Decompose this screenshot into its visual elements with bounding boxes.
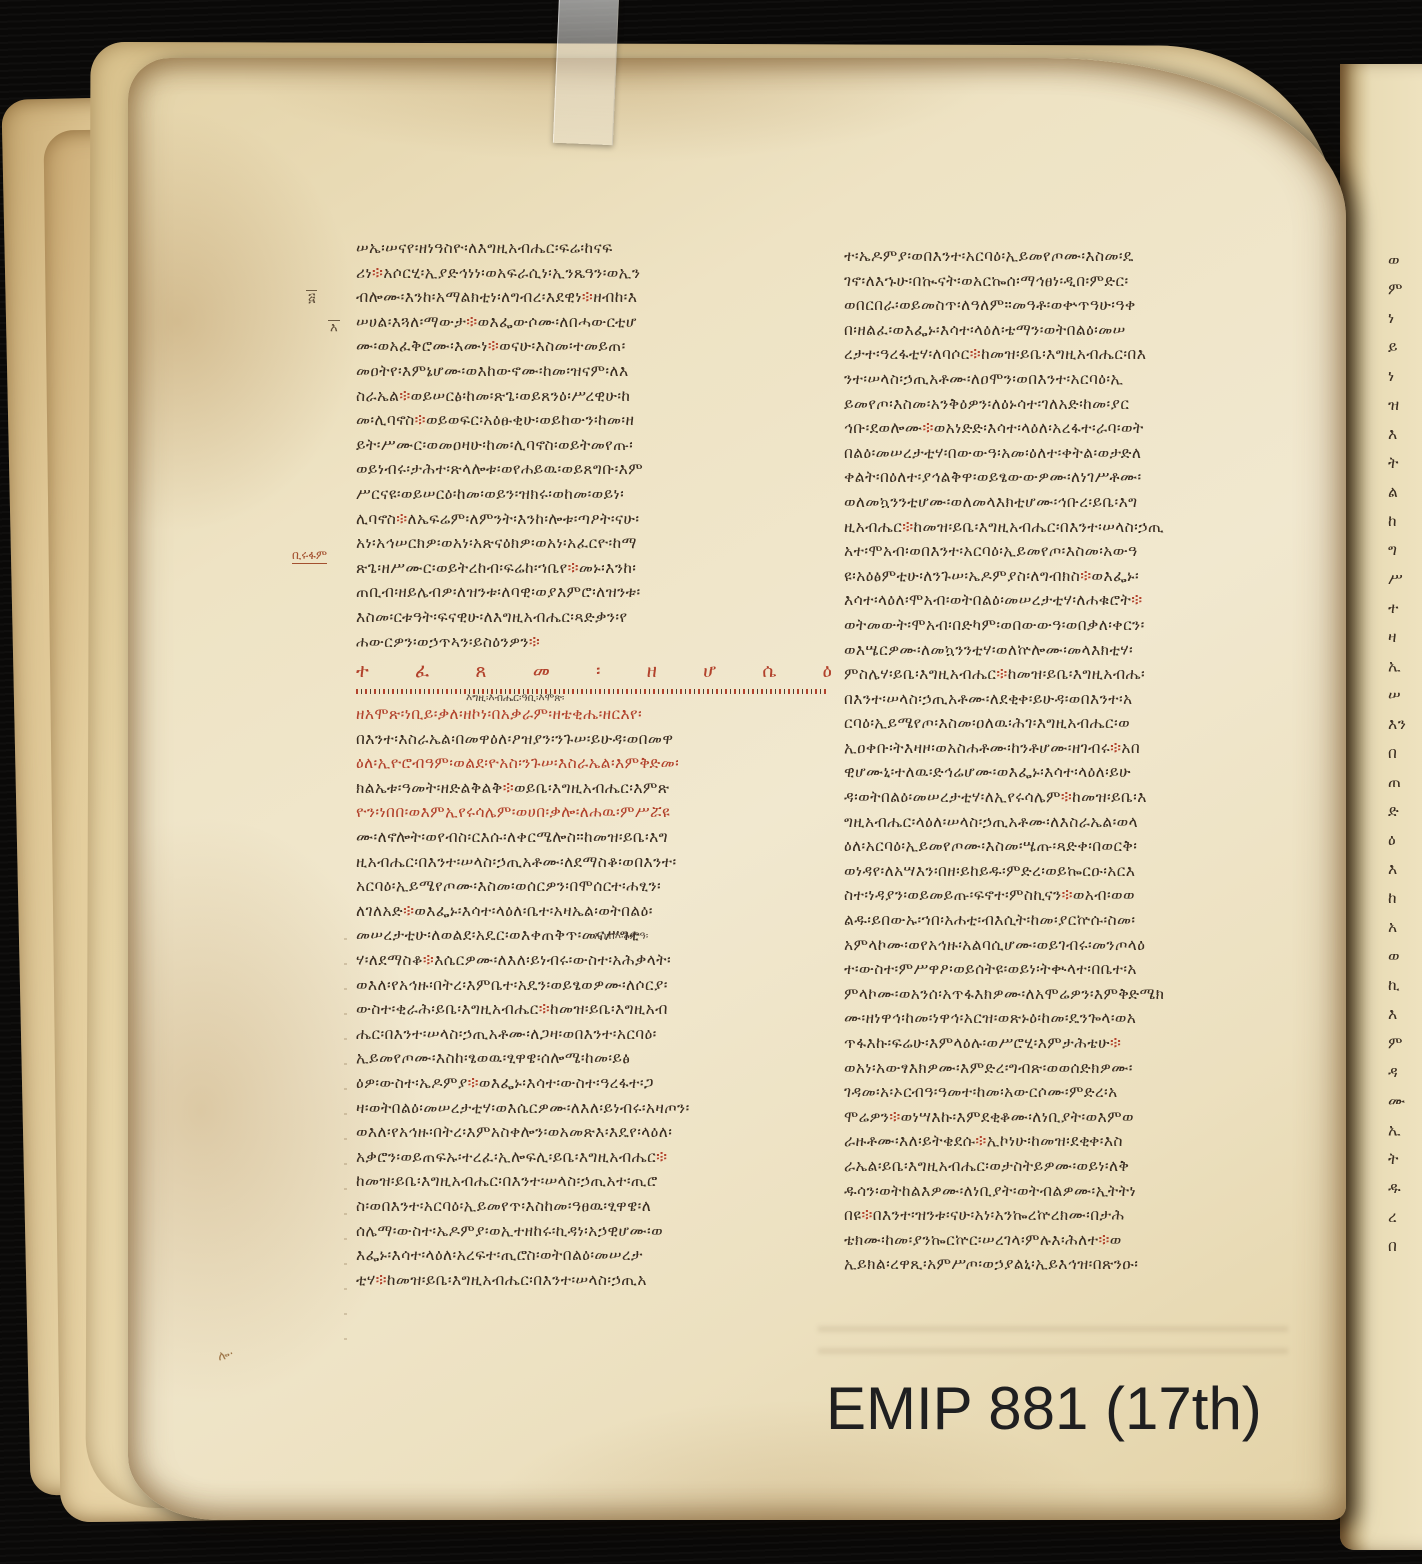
text-line: በእንተ፡እስራኤል፡በመዋዕለ፡ዖዝያን፡ንጉሠ፡ይሁዳ፡ወበመዋ (356, 727, 832, 752)
partial-glyph: ም (1388, 275, 1422, 304)
red-cross-mark: ፨ (488, 337, 499, 355)
text-line: ሪነ፨አሶርሂ፡ኢያድኅነነ፡ወአፍራሲነ፡ኢንጼዓን፡ወኢን (356, 261, 832, 286)
partial-glyph: ሥ (1388, 565, 1422, 594)
text-line: ስተ፡ነዳያን፡ወይመይጡ፡ፍኖተ፡ምስኪናን፨ወአብ፡ወወ (844, 883, 1326, 908)
red-cross-mark: ፨ (372, 264, 383, 282)
text-line: ሠሀል፡እጓለ፡ማውታ፨ወእፌውሶሙ፡ለበሓውርቲሆ (356, 310, 832, 335)
partial-glyph: እ (1388, 1000, 1422, 1029)
text-line: ኢይክል፡ረዋጺ፡አምሥጦ፡ወኃያልኒ፡ኢይእኅዝ፡በጽንዑ፡ (844, 1252, 1326, 1277)
text-line: ይት፡ሥሙር፡ወመዐዛሁ፡ከመ፡ሊባኖስ፡ወይትመየጡ፡ (356, 433, 832, 458)
text-line: አተ፡ሞአብ፡ወበእንተ፡አርባዕ፡ኢይመየጦ፡እስመ፡አውዓ (844, 539, 1326, 564)
partial-glyph: ዝ (1388, 391, 1422, 420)
rubric-heading-char: ዘ (647, 656, 657, 686)
text-line: ሃ፡ለደማስቆ፨እሴርዎሙ፡ለእለ፡ይነብሩ፡ውስተ፡አሕቃላት፡ (356, 948, 832, 973)
red-cross-mark: ፨ (468, 1074, 479, 1092)
text-line: ቀልት፡በዕለተ፡ያኅልቅዋ፡ወይፄውውዎሙ፡ለነገሥቶሙ፡ (844, 465, 1326, 490)
partial-glyph: ል (1388, 478, 1422, 507)
text-line: በዩ፨በእንተ፡ዝንቱ፡ናሁ፡አነ፡አንኰረኵረክሙ፡በታሕ (844, 1203, 1326, 1228)
partial-glyph: ኢ (1388, 1116, 1422, 1145)
dotted-ornament-rule (356, 689, 827, 694)
text-line: ሊባኖስ፨ለኤፍሬም፡ለምንት፡እንከ፡ሎቱ፡ጣዖት፡ናሁ፡ (356, 507, 832, 532)
text-line: ዚአብሔር፡በእንተ፡ሠላስ፡ኃጢአቶሙ፡ለደማስቆ፡ወበእንተ፡ (356, 850, 832, 875)
red-cross-mark: ፨ (539, 1000, 550, 1018)
text-line: ወትመውት፡ሞአብ፡በድካም፡ወበውውዓ፡ወበቃለ፡ቀርን፡ (844, 613, 1326, 638)
partial-glyph: ወ (1388, 246, 1422, 275)
partial-glyph: ዱ (1388, 1174, 1422, 1203)
text-line: ኅቡ፡ደወሎሙ፨ወአነድድ፡እሳተ፡ላዕለ፡አረፋተ፡ራባ፡ወት (844, 416, 1326, 441)
rubric-heading-char: ሴ (762, 656, 776, 686)
text-line: ሙ፡ለኖሎት፡ወየብስ፡ርእሱ፡ለቀርሜሎስ።ከመዝ፡ይቤ፡እግ (356, 825, 832, 850)
text-line: ራዙቶሙ፡እለ፡ይትቄደሱ፨ኢኮነሁ፡ከመዝ፡ደቂቀ፡እስ (844, 1129, 1326, 1154)
text-line: መዐትየ፡እምኔሆሙ፡ወእከውኖሙ፡ከመ፡ዝናም፡ለእ (356, 359, 832, 384)
red-cross-mark: ፨ (529, 633, 540, 651)
text-line: ጽጌ፡ዘሥሙር፡ወይትረከብ፡ፍሬከ፡ኀቤየ፨መኑ፡እንከ፡ (356, 556, 832, 581)
text-line: ርባዕ፡ኢይሜየጦ፡እስመ፡ዐለዉ፡ሕገ፡እግዚአብሔር፡ወ (844, 711, 1326, 736)
rubric-heading: ተፈጸመ፡ዘሆሴዕ (356, 656, 832, 686)
red-cross-mark: ፨ (861, 1206, 872, 1224)
text-line: ሰሌማ፡ውስተ፡ኤዶምያ፡ወኢተዘከሩ፡ኪዳነ፡አኃዊሆሙ፡ወ (356, 1219, 832, 1244)
partial-glyph: ም (1388, 1029, 1422, 1058)
partial-glyph: እ (1388, 855, 1422, 884)
text-line: እስመ፡ርቱዓት፡ፍናዊሁ፡ለእግዚአብሔር፡ጻድቃን፡የ (356, 605, 832, 630)
text-line: ሠኤ፡ሠናየ፡ዘነዓስዮ፡ለእግዚአብሔር፡ፍሬ፡ከናፍ (356, 236, 832, 261)
partial-glyph: ኢ (1388, 652, 1422, 681)
text-line: ገኖ፡ለእኁሁ፡በኲናት፡ወአርኰሰ፡ማኅፀነ፡ዲበ፡ምድር፡ (844, 269, 1326, 294)
red-cross-mark: ፨ (975, 1132, 986, 1150)
text-line: አምላኮሙ፡ወየአኅዙ፡አልባሲሆሙ፡ወይገብሩ፡መንጦላዕ (844, 933, 1326, 958)
rubric-heading-char: ፈ (415, 656, 429, 686)
red-cross-mark: ፨ (656, 1148, 667, 1166)
text-line: እፌኑ፡እሳተ፡ላዕለ፡አረፍተ፡ጢሮስ፡ወትበልዕ፡መሠረታ (356, 1243, 832, 1268)
rubric-heading-char: ጸ (475, 656, 486, 686)
text-line: ይመየጦ፡እስመ፡አንቅዕዎን፡ለዕኑሳተ፡ገለአድ፡ከመ፡ያር (844, 392, 1326, 417)
partial-glyph: አ (1388, 913, 1422, 942)
tape-bookmark (553, 0, 619, 145)
text-line: አቃሮን፡ወይጠፍኡ፡ተረፈ፡ኢሎፍሊ፡ይቤ፡እግዚአብሔር፨ (356, 1145, 832, 1170)
red-cross-mark: ፨ (902, 518, 913, 536)
text-line: ስ፡ወበእንተ፡አርባዕ፡ኢይመየጥ፡እስከመ፡ዓፀዉ፡ፂዋዌ፡ለ (356, 1194, 832, 1219)
text-line: ኢዐቀቡ፡ትእዛዞ፡ወአስሐቶሙ፡ከንቶሆሙ፡ዘገብሩ፨አበ (844, 736, 1326, 761)
red-cross-mark: ፨ (1061, 788, 1072, 806)
red-cross-mark: ፨ (423, 951, 434, 969)
text-line: ቲሃ፨ከመዝ፡ይቤ፡እግዚአብሔር፡በእንተ፡ሠላስ፡ኃጢአ (356, 1268, 832, 1293)
text-line: በእንተ፡ሠላስ፡ኃጢአቶሙ፡ለደቂቀ፡ይሁዳ፡ወበእንተ፡አ (844, 687, 1326, 712)
text-column-right: ተ፡ኤዶምያ፡ወበእንተ፡አርባዕ፡ኢይመየጦሙ፡እስመ፡ዴገኖ፡ለእኁሁ፡በኲ… (844, 244, 1326, 1277)
partial-glyph: እን (1388, 710, 1422, 739)
text-line: ወእለ፡የአኅዙ፡በትረ፡እምአስቀሎን፡ወአመጽእ፡እዴየ፡ላዕለ፡ (356, 1120, 832, 1145)
text-line: ለገለአድ፨ወእፌኑ፡እሳተ፡ላዕለ፡ቤተ፡አዛኤል፡ወትበልዕ፡ (356, 899, 832, 924)
partial-glyph: ረ (1388, 1203, 1422, 1232)
red-cross-mark: ፨ (503, 779, 514, 797)
red-cross-mark: ፨ (996, 665, 1007, 683)
partial-glyph: ነ (1388, 304, 1422, 333)
red-cross-mark: ፨ (1110, 739, 1121, 757)
partial-glyph: ሠ (1388, 681, 1422, 710)
red-cross-mark: ፨ (1098, 1231, 1109, 1249)
partial-glyph: ይ (1388, 333, 1422, 362)
text-line: ሔር፡በእንተ፡ሠላስ፡ኃጢአቶሙ፡ለጋዛ፡ወበእንተ፡አርባዕ፡ (356, 1022, 832, 1047)
red-cross-mark: ፨ (1062, 886, 1073, 904)
text-line: ዩ፡አዕፅምቲሁ፡ለንጉሠ፡ኤዶምያስ፡ለግብክስ፨ወእፌኑ፡ (844, 564, 1326, 589)
text-line: ከመዝ፡ይቤ፡እግዚአብሔር፡በእንተ፡ሠላስ፡ኃጢአተ፡ጢሮ (356, 1169, 832, 1194)
margin-red-note: ቢሩፋም (292, 548, 327, 564)
text-line: ጠቢብ፡ዘይሌብዎ፡ለዝንቱ፡ለባዊ፡ወያእምሮ፡ለዝንቱ፡ (356, 580, 832, 605)
text-line: በ፡ዘልፈ፡ወእፌኑ፡እሳተ፡ላዕለ፡ቴማን፡ወትበልዕ፡መሠ (844, 318, 1326, 343)
red-cross-mark: ፨ (466, 313, 477, 331)
text-line: ዱሳን፡ወትከልእዎሙ፡ለነቢያት፡ወትብልዎሙ፡ኢትትነ (844, 1179, 1326, 1204)
rubric-heading-char: ተ (356, 656, 369, 686)
text-line: ወአነ፡አውፃእክዎሙ፡እምድረ፡ግብጽ፡ወወሰድክዎሙ፡ (844, 1056, 1326, 1081)
partial-glyph: ከ (1388, 507, 1422, 536)
text-line: ዛ፡ወትበልዕ፡መሠረታቲሃ፡ወእሴርዎሙ፡ለእለ፡ይነብሩ፡አዛጦን፡ (356, 1096, 832, 1121)
partial-glyph: ግ (1388, 536, 1422, 565)
interlinear-gloss-2: አስ፡በእ፡እምዓ፡ (594, 930, 648, 943)
partial-glyph: ዛ (1388, 623, 1422, 652)
ink-bleed-through (818, 1326, 1288, 1370)
text-line: ዕዎ፡ውስተ፡ኤዶምያ፨ወእፌኑ፡እሳተ፡ውስተ፡ዓረፋተ፡ጋ (356, 1071, 832, 1096)
text-line: ቴክሙ፡ከመ፡ያንኰርኵር፡ሠረገላ፡ምሉእ፡ሕለተ፨ወ (844, 1228, 1326, 1253)
text-line: ዊሆሙኒ፡ተለዉ፡ድኅሬሆሙ፡ወእፌኑ፡እሳተ፡ላዕለ፡ይሁ (844, 760, 1326, 785)
partial-glyph: ሙ (1388, 1087, 1422, 1116)
partial-glyph: ተ (1388, 594, 1422, 623)
text-line: ወይነብሩ፡ታሕተ፡ጽላሎቱ፡ወየሐይዉ፡ወይጸግቡ፡እም (356, 457, 832, 482)
red-cross-mark: ፨ (403, 902, 414, 920)
text-line: ግዚአብሔር፡ላዕለ፡ሠላስ፡ኃጢአቶሙ፡ለእስራኤል፡ወላ (844, 810, 1326, 835)
rubric-heading-char: ሆ (703, 656, 716, 686)
text-line: ረታተ፡ዓረፋቲሃ፡ለባሶር፨ከመዝ፡ይቤ፡እግዚአብሔር፡በእ (844, 342, 1326, 367)
text-line: ልዱ፡ይበውኡ፡ኀበ፡አሐቲ፡ብእሲት፡ከመ፡ያርኵሱ፡ስመ፡ (844, 908, 1326, 933)
red-cross-mark: ፨ (415, 411, 426, 429)
pricking-dots (344, 938, 347, 1358)
margin-numeral-mark: ፭ (306, 290, 317, 306)
text-line: ሙ፡ወአፈቅሮሙ፡እሙነ፨ወናሁ፡እስመ፡ተመይጠ፡ (356, 334, 832, 359)
rubric-heading-char: መ (533, 656, 550, 686)
text-line: አነ፡አኅሠርክዎ፡ወአነ፡አጽናዕክዎ፡ወአነ፡አፈርዮ፡ከማ (356, 531, 832, 556)
margin-scribble: ሎ· (217, 1347, 236, 1365)
text-line: ክልኤቱ፡ዓመት፡ዘድልቅልቅ፨ወይቤ፡እግዚአብሔር፡እምጽ (356, 776, 832, 801)
interlinear-gloss-1: እግዚ፡እብሔር፡ዓቢ፡እሞጽ፡ (466, 692, 564, 705)
text-line: ተ፡ውስተ፡ምሥዋዖ፡ወይሰትዩ፡ወይነ፡ትቊላተ፡በቤተ፡አ (844, 957, 1326, 982)
red-cross-mark: ፨ (1110, 1034, 1121, 1052)
partial-glyph: ጠ (1388, 768, 1422, 797)
red-cross-mark: ፨ (376, 1271, 387, 1289)
rubric-heading-char: ዕ (823, 656, 832, 686)
text-line: ሙ፡ዘነዋኅ፡ከመ፡ነዋኅ፡አርዝ፡ወጽኑዕ፡ከመ፡ዴንጐላ፡ወአ (844, 1006, 1326, 1031)
red-cross-mark: ፨ (396, 510, 407, 528)
partial-glyph: ት (1388, 1145, 1422, 1174)
text-line: ኢይመየጦሙ፡እስከ፡ፄወዉ፡ፂዋዌ፡ሰሎሜ፡ከመ፡ይፅ (356, 1046, 832, 1071)
partial-glyph: በ (1388, 1232, 1422, 1261)
text-line: ጥፋእኩ፡ፍሬሁ፡እምላዕሉ፡ወሥሮሂ፡እምታሕቴሁ፨ (844, 1031, 1326, 1056)
text-line: ዕለ፡ኢዮሮብዓም፡ወልደ፡ዮአስ፡ንጉሠ፡እስራኤል፡እምቅድመ፡ (356, 751, 832, 776)
text-line: ዮን፡ነበበ፡ወእምኢየሩሳሌም፡ወሀበ፡ቃሎ፡ለሐዉ፡ምሥሯዩ (356, 800, 832, 825)
text-line: ዚአብሔር፨ከመዝ፡ይቤ፡እግዚአብሔር፡በእንተ፡ሠላስ፡ኃጢ (844, 515, 1326, 540)
text-line: ተ፡ኤዶምያ፡ወበእንተ፡አርባዕ፡ኢይመየጦሙ፡እስመ፡ዴ (844, 244, 1326, 269)
text-line: ወእለ፡የአኅዙ፡በትረ፡እምቤተ፡አዴን፡ወይፄወዎሙ፡ለሶርያ፡ (356, 973, 832, 998)
text-line: ምስሌሃ፡ይቤ፡እግዚአብሔር፨ከመዝ፡ይቤ፡እግዚአብሔ፡ (844, 662, 1326, 687)
partial-glyph: እ (1388, 420, 1422, 449)
red-cross-mark: ፨ (1080, 567, 1091, 585)
text-line: ዘአሞጽ፡ነቢይ፡ቃለ፡ዘኮነ፡በአቃራም፡ዘቴቂሔ፡ዘርእየ፡ (356, 702, 832, 727)
partial-glyph: ት (1388, 449, 1422, 478)
manuscript-page: ሠኤ፡ሠናየ፡ዘነዓስዮ፡ለእግዚአብሔር፡ፍሬ፡ከናፍሪነ፨አሶርሂ፡ኢያድኅ… (128, 58, 1346, 1520)
text-line: እሳተ፡ላዕለ፡ሞአብ፡ወትበልዕ፡መሠረታቲሃ፡ለሐቁሮት፨ (844, 588, 1326, 613)
partial-glyph: በ (1388, 739, 1422, 768)
red-cross-mark: ፨ (889, 1108, 900, 1126)
text-line: ሥርናዩ፡ወይሠርዕ፡ከመ፡ወይን፡ዝክሩ፡ወከመ፡ወይነ፡ (356, 482, 832, 507)
text-line: ወነዳየ፡ለአሣእን፡በዘ፡ይከይዱ፡ምድረ፡ወይኰርዑ፡አርእ (844, 859, 1326, 884)
partial-glyph: ነ (1388, 362, 1422, 391)
partial-glyph: ዳ (1388, 1058, 1422, 1087)
text-line: ሞሬዎን፨ወነሣእኩ፡እምደቂቆሙ፡ለነቢያት፡ወእምወ (844, 1105, 1326, 1130)
margin-letter-mark: እ (328, 320, 340, 336)
red-cross-mark: ፨ (970, 345, 981, 363)
rubric-heading-char: ፡ (596, 656, 600, 686)
text-line: ብሎሙ፡እንከ፡አማልክቲነ፡ለግብረ፡እደዊነ፨ዘብከ፡እ (356, 285, 832, 310)
partial-glyph: ከ (1388, 884, 1422, 913)
facing-page-sliver: ወምነይነዝእትልከግሥተዛኢሠእንበጠድዕእከአወኪእምዳሙኢትዱረበ (1340, 64, 1422, 1550)
partial-glyph: ድ (1388, 797, 1422, 826)
text-line: ራኤል፡ይቤ፡እግዚአብሔር፡ወታስትይዎሙ፡ወይነ፡ለቅ (844, 1154, 1326, 1179)
red-cross-mark: ፨ (568, 559, 579, 577)
text-line: ወበርበራ፡ወይመስጥ፡ለዓለም።መዓቶ፡ወቍጥዓሁ፡ዓቀ (844, 293, 1326, 318)
red-cross-mark: ፨ (399, 387, 410, 405)
red-cross-mark: ፨ (1131, 591, 1142, 609)
text-line: ንተ፡ሠላስ፡ኃጢአቶሙ፡ለዐሞን፡ወበእንተ፡አርባዕ፡ኢ (844, 367, 1326, 392)
text-line: በልዕ፡መሠረታቲሃ፡በውውዓ፡አመ፡ዕለተ፡ቀትል፡ወታድለ (844, 441, 1326, 466)
text-line: ስራኤል፨ወይሠርፅ፡ከመ፡ጽጌ፡ወይጸንዕ፡ሥረዊሁ፡ከ (356, 384, 832, 409)
text-line: ሐውርዎን፡ወኃጥኣን፡ይስዕንዎን፨ (356, 630, 832, 655)
text-line: ዳ፡ወትበልዕ፡መሠረታቲሃ፡ለኢየሩሳሌም፨ከመዝ፡ይቤ፡እ (844, 785, 1326, 810)
text-line: አርባዕ፡ኢይሜየጦሙ፡እስመ፡ወሰርዎን፡በሞሰርተ፡ሐፂን፡ (356, 874, 832, 899)
text-line: ዕለ፡አርባዕ፡ኢይመየጦሙ፡እስመ፡ሤጡ፡ጻድቀ፡በወርቅ፡ (844, 834, 1326, 859)
text-line: ገዳመ፡አ፡ኦርብዓ፡ዓመተ፡ከመ፡አውርሶሙ፡ምድረ፡አ (844, 1080, 1326, 1105)
red-cross-mark: ፨ (922, 419, 933, 437)
shelfmark-caption: EMIP 881 (17th) (826, 1374, 1346, 1443)
partial-glyph: ወ (1388, 942, 1422, 971)
text-line: ወእሤርዎሙ፡ለመኳንንቲሃ፡ወለኵሎሙ፡መላእክቲሃ፡ (844, 638, 1326, 663)
text-line: ወለመኳንንቲሆሙ፡ወለመላእክቲሆሙ፡ኅቡረ፡ይቤ፡እግ (844, 490, 1326, 515)
text-line: ምላኮሙ፡ወአንሰ፡አጥፋእክዎሙ፡ለአሞሬዎን፡እምቅድሜክ (844, 982, 1326, 1007)
section-heading-block: ተፈጸመ፡ዘሆሴዕ (356, 654, 832, 702)
red-cross-mark: ፨ (582, 288, 593, 306)
text-column-left: ሠኤ፡ሠናየ፡ዘነዓስዮ፡ለእግዚአብሔር፡ፍሬ፡ከናፍሪነ፨አሶርሂ፡ኢያድኅ… (356, 236, 832, 1292)
partial-glyph: ዕ (1388, 826, 1422, 855)
partial-glyph: ኪ (1388, 971, 1422, 1000)
text-line: ውስተ፡ቂራሕ፡ይቤ፡እግዚአብሔር፨ከመዝ፡ይቤ፡እግዚአብ (356, 997, 832, 1022)
facing-page-partial-text: ወምነይነዝእትልከግሥተዛኢሠእንበጠድዕእከአወኪእምዳሙኢትዱረበ (1388, 246, 1422, 1261)
text-line: መ፡ሊባኖስ፨ወይወፍር፡አዕፁቂሁ፡ወይከውን፡ከመ፡ዘ (356, 408, 832, 433)
